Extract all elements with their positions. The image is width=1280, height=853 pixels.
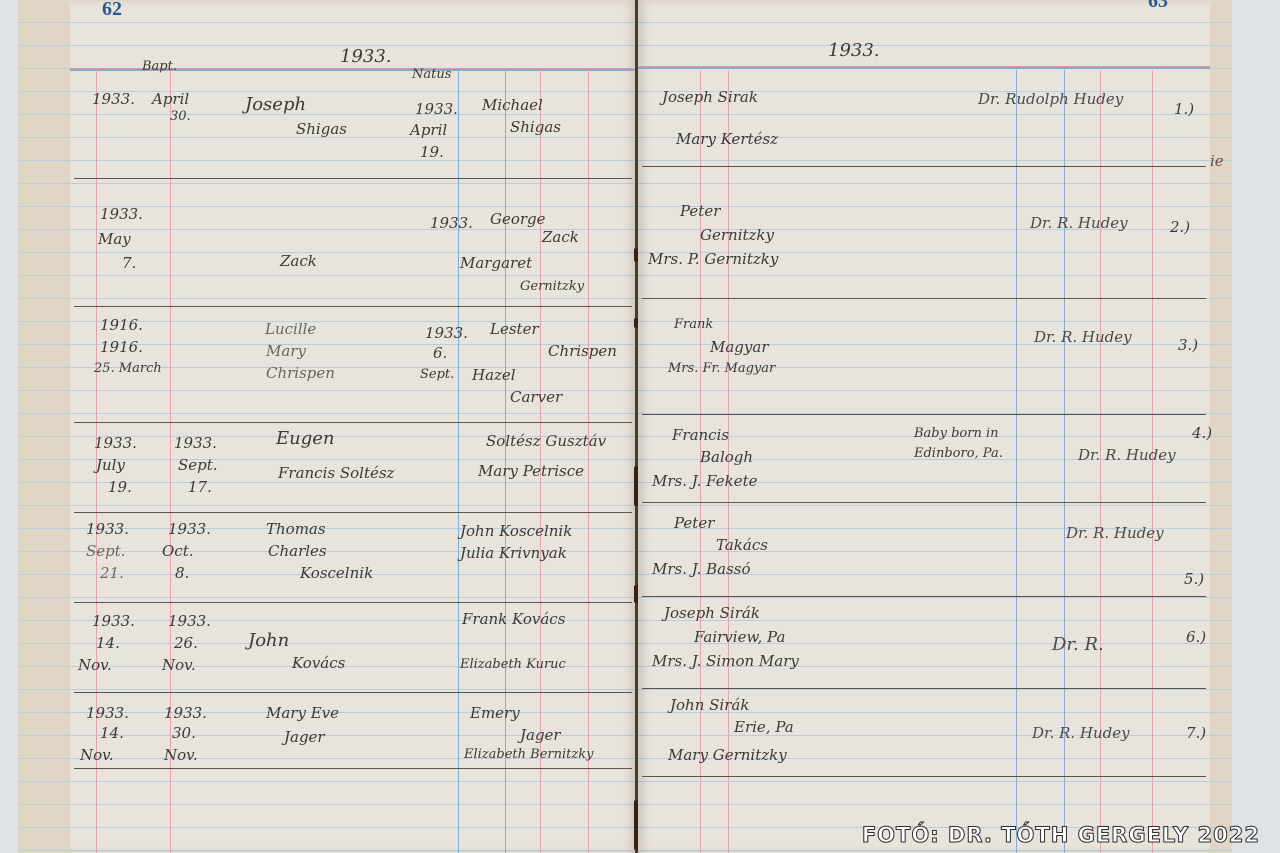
sponsor-name: Balogh	[700, 446, 753, 468]
sponsor-name: Peter	[674, 512, 714, 534]
minister-signature: Dr. R. Hudey	[1066, 524, 1164, 542]
parent-name: Shigas	[510, 116, 561, 138]
parent-name: Zack	[542, 226, 579, 248]
row-divider	[642, 502, 1206, 503]
row-divider	[642, 414, 1206, 415]
bapt-date: 25. March	[94, 358, 162, 380]
natus-day: 30.	[172, 722, 196, 744]
entry-number: 4.)	[1192, 422, 1212, 444]
child-name: Mary	[266, 340, 306, 362]
bapt-day: 14.	[100, 722, 124, 744]
sponsor-name: Francis	[672, 424, 729, 446]
row-divider	[642, 166, 1206, 167]
minister-signature: Dr. R. Hudey	[1078, 446, 1176, 464]
natus-month: Oct.	[162, 540, 194, 562]
child-first-name: John	[248, 630, 289, 652]
bapt-year: 1933.	[92, 88, 135, 110]
natus-day: 8.	[175, 562, 189, 584]
child-last-name: Kovács	[292, 652, 345, 674]
entry-number: 2.)	[1170, 216, 1190, 238]
sponsor-name: Mrs. Fr. Magyar	[668, 358, 775, 380]
bapt-year: 1916.	[100, 336, 143, 358]
column-line	[458, 70, 459, 853]
photo-credit-watermark: FOTÓ: DR. TÓTH GERGELY 2022	[862, 823, 1260, 847]
bapt-header: Bapt.	[142, 56, 177, 78]
column-line	[588, 70, 589, 853]
entry-number: 5.)	[1184, 568, 1204, 590]
bapt-year: 1933.	[86, 702, 129, 724]
parent-name: Frank Kovács	[462, 608, 565, 630]
parent-name: Soltész Gusztáv	[486, 430, 606, 452]
row-divider	[74, 692, 632, 693]
natus-year: 1933.	[168, 518, 211, 540]
page-number: 63	[1148, 0, 1168, 13]
sponsor-name: Joseph Sirák	[664, 602, 760, 624]
row-divider	[642, 298, 1206, 299]
parent-name: Chrispen	[548, 340, 617, 362]
entry-number: 3.)	[1178, 334, 1198, 356]
natus-header: Natus	[412, 64, 451, 86]
natus-year: 1933.	[415, 98, 458, 120]
parent-name: Carver	[510, 386, 562, 408]
natus-month: April	[410, 119, 447, 141]
row-divider	[642, 596, 1206, 597]
bapt-month: Nov.	[78, 654, 112, 676]
bapt-year: 1933.	[92, 610, 135, 632]
sponsor-name: Mary Gernitzky	[668, 744, 787, 766]
child-first-name: Mary Eve	[266, 702, 339, 724]
year-header: 1933.	[340, 46, 392, 68]
parent-name: Elizabeth Kuruc	[460, 654, 566, 676]
row-divider	[642, 688, 1206, 689]
sponsor-name: Frank	[674, 314, 713, 336]
minister-signature: Dr. R. Hudey	[1032, 724, 1130, 742]
natus-year: 1933.	[430, 212, 473, 234]
parent-name: Hazel	[472, 364, 516, 386]
bapt-day: 7.	[122, 252, 136, 274]
sponsor-name: Takács	[716, 534, 768, 556]
page-number: 62	[102, 0, 122, 21]
sponsor-name: Mrs. J. Bassó	[652, 558, 751, 580]
bapt-day: 19.	[108, 476, 132, 498]
margin-note: ie	[1210, 150, 1224, 172]
parent-name: Jager	[520, 724, 561, 746]
bapt-month: Sept.	[86, 540, 126, 562]
underlying-page-left	[18, 0, 78, 853]
natus-year: 1933.	[425, 322, 468, 344]
row-divider	[642, 776, 1206, 777]
parent-name: Mary Petrisce	[478, 460, 584, 482]
bapt-year: 1916.	[100, 314, 143, 336]
natus-day: 6.	[433, 342, 447, 364]
natus-day: 17.	[188, 476, 212, 498]
notes-text: Baby born in Edinboro, Pa.	[914, 424, 1034, 464]
row-divider	[74, 178, 632, 179]
row-divider	[74, 512, 632, 513]
sponsor-name: Joseph Sirak	[662, 86, 758, 108]
sponsor-name: Magyar	[710, 336, 769, 358]
child-name: Lucille	[265, 318, 316, 340]
entry-number: 1.)	[1174, 98, 1194, 120]
minister-signature: Dr. R. Hudey	[1034, 328, 1132, 346]
bapt-day: 21.	[100, 562, 124, 584]
child-name: Charles	[268, 540, 327, 562]
sponsor-name: Erie, Pa	[734, 716, 794, 738]
child-full-name: Francis Soltész	[278, 462, 394, 484]
header-rule	[638, 66, 1210, 69]
bapt-year: 1933.	[100, 203, 143, 225]
child-last-name: Shigas	[296, 118, 347, 140]
row-divider	[74, 422, 632, 423]
natus-month: Sept.	[178, 454, 218, 476]
parent-name: John Koscelnik	[460, 520, 572, 542]
natus-month: Sept.	[420, 364, 454, 386]
parent-name: Emery	[470, 702, 520, 724]
natus-month: Nov.	[164, 744, 198, 766]
sponsor-name: Fairview, Pa	[694, 626, 785, 648]
parent-name: Lester	[490, 318, 539, 340]
bapt-year: 1933.	[94, 432, 137, 454]
bapt-day: 30.	[170, 106, 191, 128]
child-last-name: Jager	[284, 726, 325, 748]
child-first-name: Eugen	[276, 428, 335, 450]
row-divider	[74, 306, 632, 307]
sponsor-name: Mary Kertész	[676, 128, 778, 150]
natus-day: 19.	[420, 141, 444, 163]
child-name: Koscelnik	[300, 562, 373, 584]
left-page: 62 Bapt. 1933. Natus 1933. April 30. Jos…	[70, 0, 636, 853]
minister-signature: Dr. R. Hudey	[1030, 214, 1128, 232]
parent-name: Gernitzky	[520, 276, 584, 298]
natus-year: 1933.	[174, 432, 217, 454]
bapt-year: 1933.	[86, 518, 129, 540]
year-header: 1933.	[828, 40, 880, 62]
natus-year: 1933.	[168, 610, 211, 632]
parent-name: Elizabeth Bernitzky	[464, 744, 593, 766]
column-line	[170, 70, 171, 853]
row-divider	[74, 768, 632, 769]
sponsor-name: Mrs. J. Simon Mary	[652, 650, 799, 672]
child-name: Chrispen	[266, 362, 335, 384]
entry-number: 7.)	[1186, 722, 1206, 744]
child-last-name: Zack	[280, 250, 317, 272]
natus-day: 26.	[174, 632, 198, 654]
child-first-name: Joseph	[245, 94, 306, 116]
sponsor-name: Gernitzky	[700, 224, 774, 246]
row-divider	[74, 602, 632, 603]
parent-name: Julia Krivnyak	[460, 542, 567, 564]
parent-name: Michael	[482, 94, 543, 116]
bapt-month: May	[98, 228, 131, 250]
minister-signature: Dr. R.	[1052, 634, 1104, 655]
bapt-day: 14.	[96, 632, 120, 654]
right-page: 63 1933. Joseph Sirak Mary Kertész Dr. R…	[638, 0, 1210, 853]
natus-year: 1933.	[164, 702, 207, 724]
bapt-month: July	[96, 454, 125, 476]
bapt-month: Nov.	[80, 744, 114, 766]
sponsor-name: Mrs. P. Gernitzky	[648, 248, 778, 270]
natus-month: Nov.	[162, 654, 196, 676]
parent-name: Margaret	[460, 252, 532, 274]
sponsor-name: Peter	[680, 200, 720, 222]
minister-signature: Dr. Rudolph Hudey	[978, 90, 1123, 108]
parent-name: George	[490, 208, 546, 230]
entry-number: 6.)	[1186, 626, 1206, 648]
sponsor-name: John Sirák	[670, 694, 749, 716]
child-name: Thomas	[266, 518, 326, 540]
sponsor-name: Mrs. J. Fekete	[652, 470, 757, 492]
